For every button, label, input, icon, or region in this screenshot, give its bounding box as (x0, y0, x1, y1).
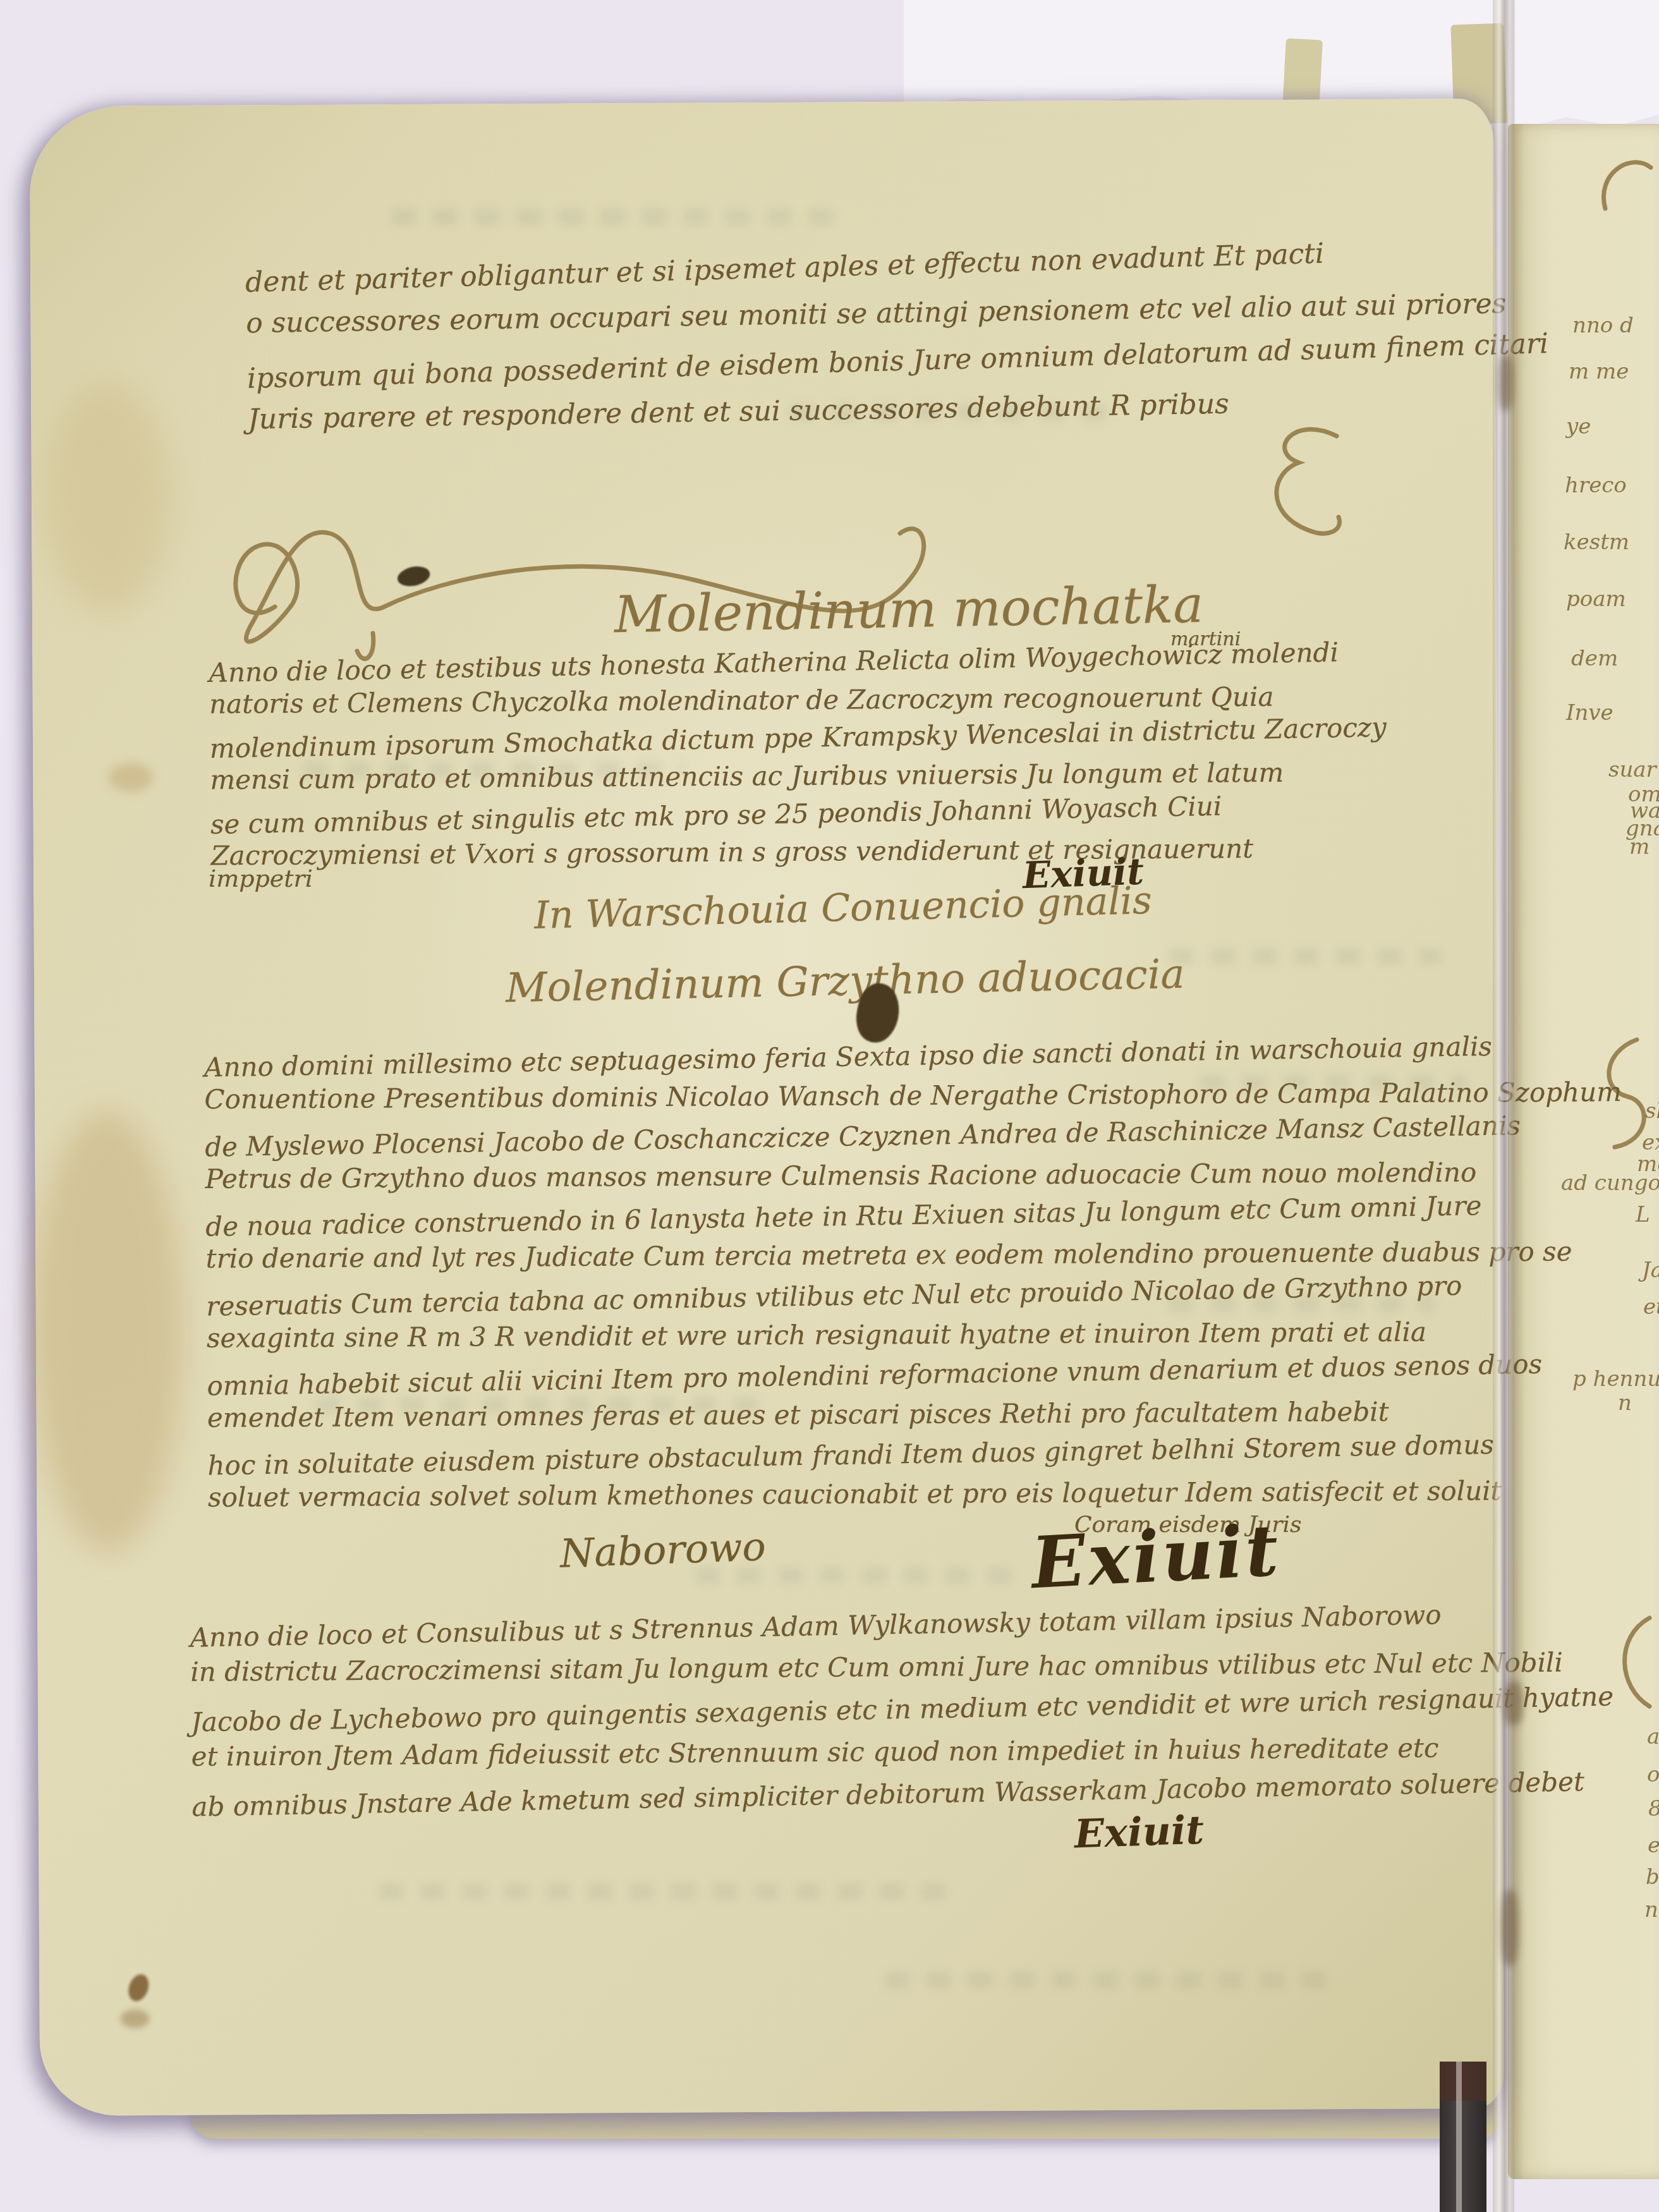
facing-page-text-fragment: dem (1571, 646, 1618, 671)
closing-entry-block: dent et pariter obligantur et si ipsemet… (245, 231, 1550, 447)
facing-page-text-fragment: a (1647, 1724, 1659, 1749)
entry-heading-mochatka: Molendinum mochatka (614, 575, 1204, 644)
exit-mark: Exiuit (1074, 1806, 1205, 1857)
parchment-stain (44, 384, 171, 612)
entry-mochatka-text: Anno die loco et testibus uts honesta Ka… (209, 638, 1388, 878)
book-clamp-rod (1440, 2062, 1486, 2212)
catchword: imppetri (209, 865, 313, 892)
facing-page-text-fragment: b (1646, 1864, 1659, 1890)
manuscript-line: soluet vermacia solvet solum kmethones c… (208, 1472, 1626, 1519)
plexiglass-strip (1493, 0, 1514, 2212)
exit-mark-large: Exiuit (1030, 1509, 1283, 1605)
facing-page-text-fragment: et (1643, 1294, 1659, 1320)
gutter-stain (1502, 1890, 1518, 1966)
white-backing-sheet-right (1516, 0, 1659, 130)
parchment-stain (109, 763, 153, 792)
parchment-stain (31, 1110, 185, 1553)
facing-page-flourish-top (1593, 149, 1656, 218)
clamp-rod-highlight (1456, 2062, 1462, 2212)
entry-naborowo-text: Anno die loco et Consulibus ut s Strennu… (190, 1598, 1615, 1825)
facing-page-text-fragment: hreco (1565, 473, 1627, 498)
facing-page-text-fragment: Inve (1566, 700, 1613, 726)
parchment-spot (125, 1971, 152, 2004)
facing-page-text-fragment: e (1648, 1833, 1659, 1858)
parchment-spot (120, 2009, 149, 2028)
facing-page-text-fragment: poam (1566, 586, 1626, 612)
facing-page-text-fragment: o (1647, 1762, 1659, 1787)
facing-page-text-fragment: 8 (1648, 1796, 1659, 1821)
facing-page-text-fragment: n (1644, 1897, 1658, 1923)
clamp-rod-shadow (1440, 2062, 1486, 2101)
show-through-line (379, 1883, 948, 1900)
gutter-stain (1504, 1681, 1523, 1725)
facing-page-text-fragment: Ja (1642, 1258, 1659, 1283)
facing-page-text-fragment: m (1629, 834, 1650, 860)
white-backing-sheet-left (904, 0, 1501, 109)
facing-page-text-fragment: m me (1569, 359, 1629, 384)
facing-page-text-fragment: nno d (1572, 313, 1634, 338)
facing-page-text-fragment: suar (1608, 757, 1656, 782)
show-through-line (885, 1972, 1327, 1988)
show-through-line (392, 209, 834, 225)
paragraph-mark-flourish (1232, 417, 1365, 556)
manuscript-photo-canvas: { "manuscript": { "closing_entry_lines":… (0, 0, 1659, 2212)
facing-page-text-fragment: L (1636, 1202, 1650, 1227)
show-through-line (1169, 948, 1441, 964)
entry-heading-naborowo: Naborowo (559, 1523, 767, 1576)
gutter-stain (1499, 354, 1513, 411)
facing-page-text-fragment: ye (1566, 414, 1591, 439)
entry-grzythno-text: Anno domini millesimo etc septuagesimo f… (204, 1031, 1626, 1522)
facing-page-text-fragment: kestm (1564, 530, 1629, 555)
